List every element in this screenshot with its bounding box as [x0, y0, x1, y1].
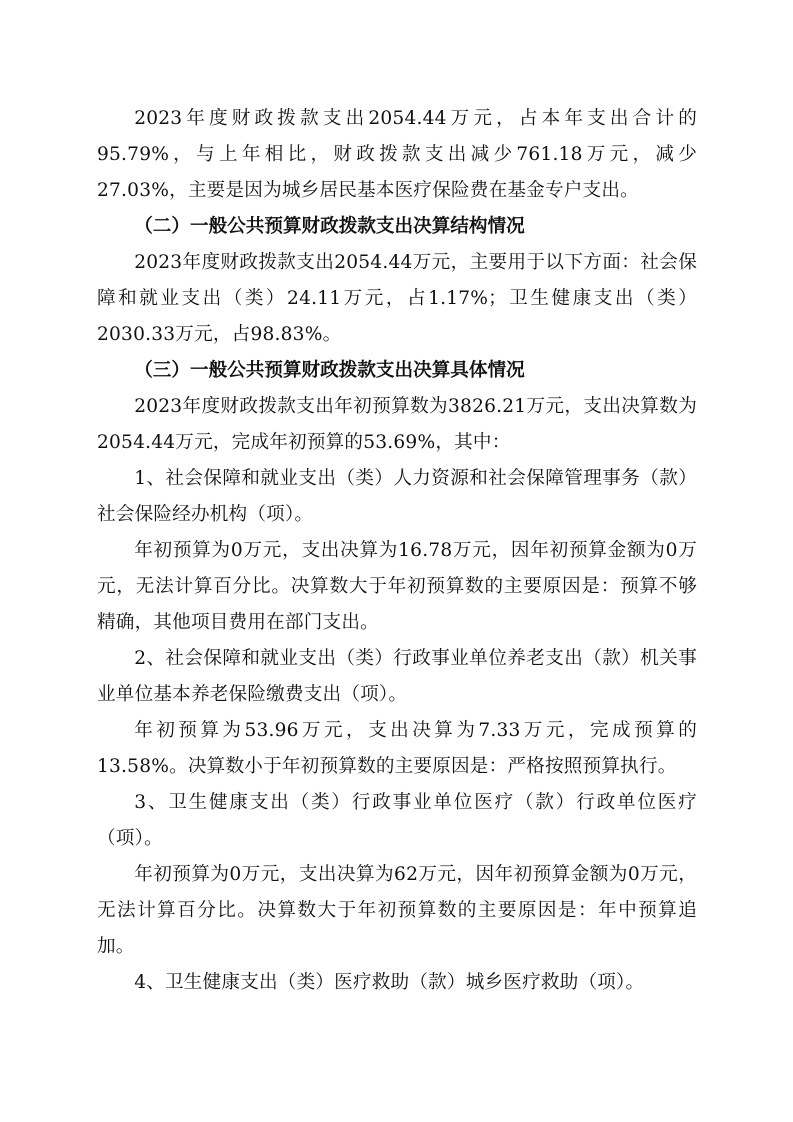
section-heading-expenditure-details: （三）一般公共预算财政拨款支出决算具体情况 [97, 353, 697, 389]
item-1-title: 1、社会保障和就业支出（类）人力资源和社会保障管理事务（款）社会保险经办机构（项… [97, 461, 697, 533]
paragraph-budget-completion: 2023年度财政拨款支出年初预算数为3826.21万元，支出决算数为2054.4… [97, 389, 697, 461]
item-4-title: 4、卫生健康支出（类）医疗救助（款）城乡医疗救助（项）。 [97, 965, 697, 1001]
document-page: 2023年度财政拨款支出2054.44万元，占本年支出合计的95.79%，与上年… [97, 101, 697, 1001]
item-1-detail: 年初预算为0万元，支出决算为16.78万元，因年初预算金额为0万元，无法计算百分… [97, 533, 697, 641]
item-2-title: 2、社会保障和就业支出（类）行政事业单位养老支出（款）机关事业单位基本养老保险缴… [97, 641, 697, 713]
item-2-detail: 年初预算为53.96万元，支出决算为7.33万元，完成预算的13.58%。决算数… [97, 713, 697, 785]
section-heading-expenditure-structure: （二）一般公共预算财政拨款支出决算结构情况 [97, 209, 697, 245]
item-3-title: 3、卫生健康支出（类）行政事业单位医疗（款）行政单位医疗（项）。 [97, 785, 697, 857]
paragraph-fiscal-appropriation-summary: 2023年度财政拨款支出2054.44万元，占本年支出合计的95.79%，与上年… [97, 101, 697, 209]
item-3-detail: 年初预算为0万元，支出决算为62万元，因年初预算金额为0万元，无法计算百分比。决… [97, 857, 697, 965]
paragraph-expenditure-structure: 2023年度财政拨款支出2054.44万元，主要用于以下方面：社会保障和就业支出… [97, 245, 697, 353]
